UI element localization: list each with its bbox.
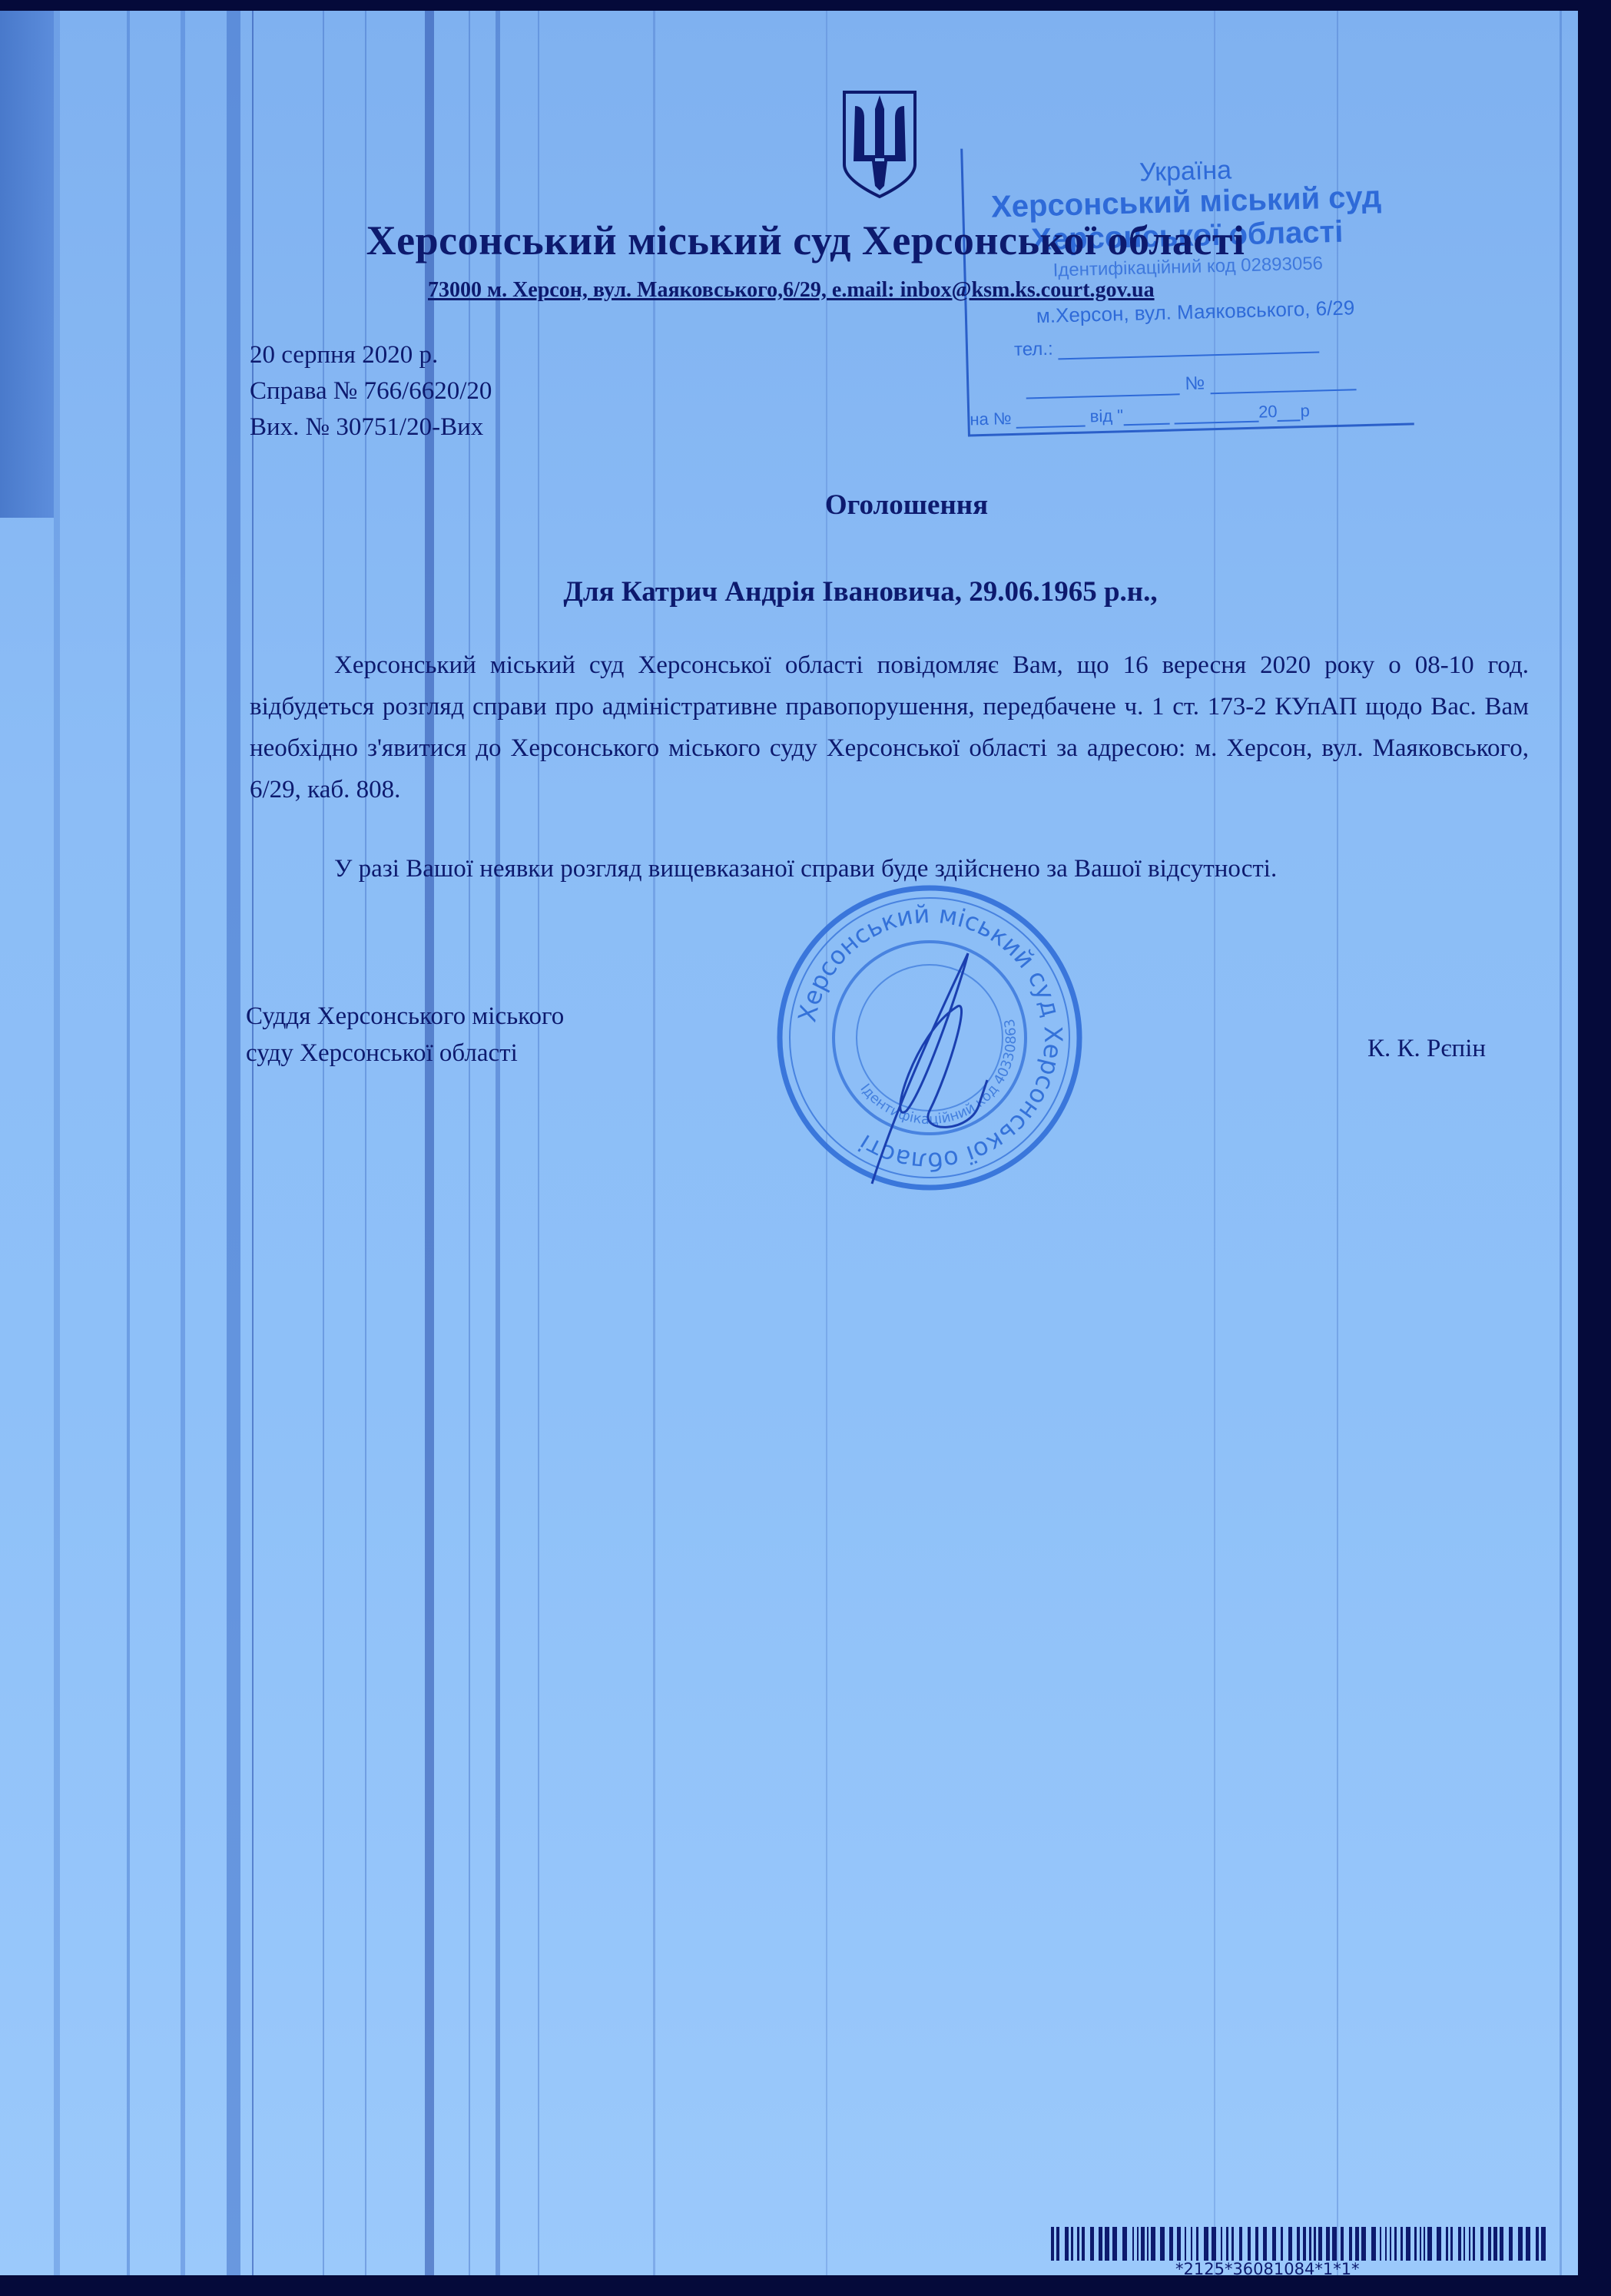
scan-streak bbox=[127, 11, 130, 2275]
stamp-number-field: № bbox=[969, 367, 1414, 400]
stamp-tel-field: тел.: bbox=[1014, 329, 1413, 361]
scan-streak bbox=[227, 11, 240, 2275]
signer-position-line: суду Херсонської області bbox=[246, 1035, 564, 1072]
signer-name: К. К. Рєпін bbox=[1367, 1035, 1486, 1063]
outgoing-number: Вих. № 30751/20-Вих bbox=[250, 409, 492, 446]
barcode-icon bbox=[1051, 2227, 1552, 2261]
stamp-ref-field: на № від " 20р bbox=[970, 398, 1414, 429]
scan-streak bbox=[181, 11, 185, 2275]
scan-streak bbox=[1560, 11, 1562, 2275]
barcode-text: *2125*36081084*1*1* bbox=[1175, 2260, 1360, 2275]
body-paragraph: Херсонський міський суд Херсонської обла… bbox=[250, 644, 1529, 810]
stamp-tel-label: тел.: bbox=[1014, 339, 1053, 360]
court-title: Херсонський міський суд Херсонської обла… bbox=[0, 217, 1578, 264]
document-date: 20 серпня 2020 р. bbox=[250, 337, 492, 373]
stamp-from-label: від " bbox=[1089, 406, 1123, 426]
official-seal-icon: Херсонський міський суд Херсонської обла… bbox=[772, 880, 1087, 1195]
court-address: 73000 м. Херсон, вул. Маяковського,6/29,… bbox=[428, 278, 1155, 303]
scan-streak bbox=[538, 11, 539, 2275]
stamp-year-suffix: р bbox=[1300, 401, 1310, 420]
scan-streak bbox=[0, 11, 54, 518]
case-number: Справа № 766/6620/20 bbox=[250, 373, 492, 409]
stamp-year-label: 20 bbox=[1258, 402, 1278, 422]
stamp-ref-label: на № bbox=[970, 409, 1012, 429]
document-meta: 20 серпня 2020 р. Справа № 766/6620/20 В… bbox=[250, 337, 492, 446]
recipient-line: Для Катрич Андрія Івановича, 29.06.1965 … bbox=[0, 575, 1578, 608]
scan-streak bbox=[496, 11, 500, 2275]
ukraine-trident-coat-of-arms-icon bbox=[841, 88, 918, 199]
signer-position: Суддя Херсонського міського суду Херсонс… bbox=[246, 998, 564, 1072]
scanned-document-page: Україна Херсонський міський суд Херсонсь… bbox=[0, 11, 1578, 2275]
stamp-no-label: № bbox=[1185, 373, 1205, 394]
svg-text:Ідентифікаційний код 40330863: Ідентифікаційний код 40330863 bbox=[857, 1018, 1019, 1128]
signer-position-line: Суддя Херсонського міського bbox=[246, 998, 564, 1035]
scan-streak bbox=[54, 11, 60, 2275]
scan-streak bbox=[653, 11, 655, 2275]
document-heading: Оголошення bbox=[0, 489, 1578, 522]
